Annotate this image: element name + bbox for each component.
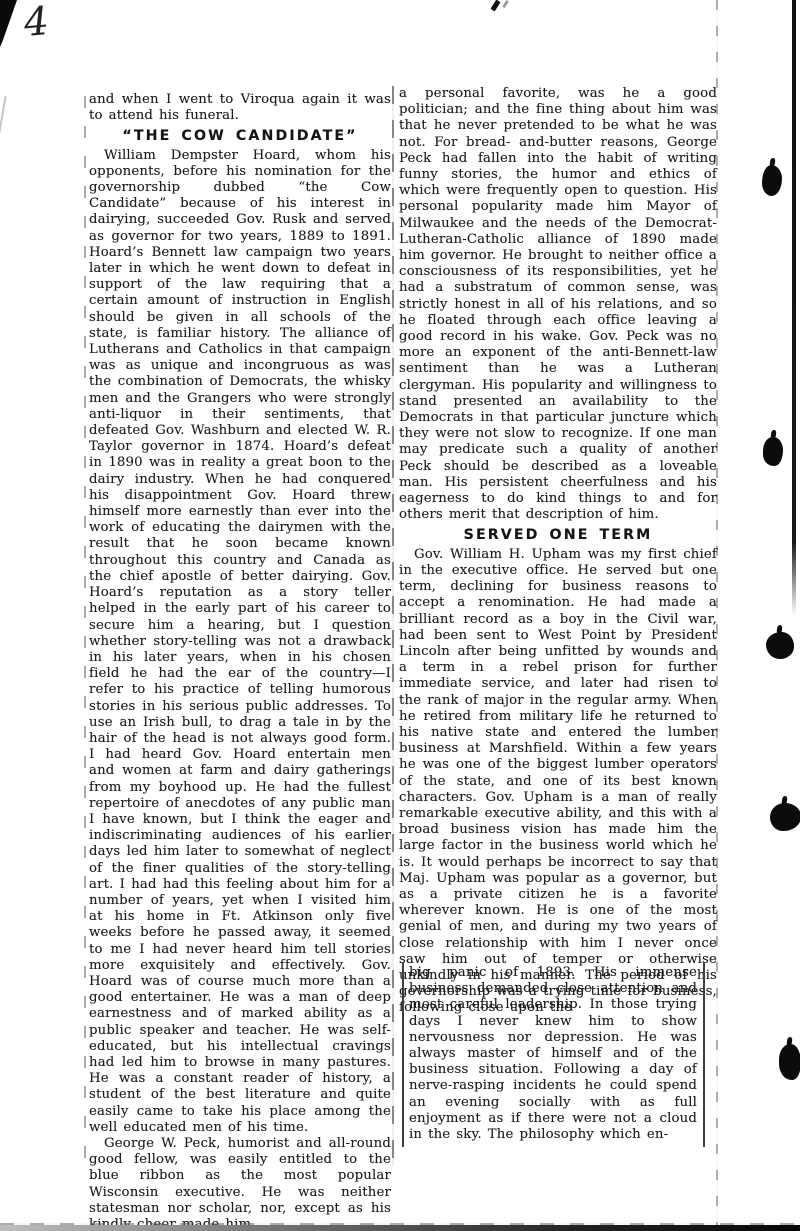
left-column: and when I went to Viroqua again it was … xyxy=(89,92,391,1231)
pen-mark xyxy=(502,0,509,8)
ink-blot xyxy=(763,437,783,466)
newspaper-clipping-page: 4 and when I went to Viroqua again it wa… xyxy=(0,0,800,1231)
scan-edge-line xyxy=(792,0,796,616)
ink-blot xyxy=(762,165,782,196)
paragraph-hoard: William Dempster Hoard, whom his opponen… xyxy=(89,148,391,1136)
column-rule-middle xyxy=(392,86,394,1166)
pen-mark xyxy=(490,0,500,11)
ink-blot xyxy=(770,803,800,831)
paragraph-peck: a personal favorite, was he a good polit… xyxy=(399,86,717,523)
paragraph-peck-intro: George W. Peck, humorist and all-round g… xyxy=(89,1136,391,1231)
scan-corner-artifact xyxy=(0,0,20,50)
right-column: a personal favorite, was he a good polit… xyxy=(399,86,717,1017)
ink-blot xyxy=(779,1044,800,1080)
column-rule-left xyxy=(84,96,86,1165)
scan-bottom-strip xyxy=(0,1225,800,1231)
handwritten-page-number: 4 xyxy=(22,0,51,46)
continuation-clipping-block: big panic of 1893. His immense business … xyxy=(402,963,705,1147)
paragraph-funeral: and when I went to Viroqua again it was … xyxy=(89,92,391,124)
headline-served-one-term: SERVED ONE TERM xyxy=(399,527,717,543)
paragraph-upham-continued: big panic of 1893. His immense business … xyxy=(409,965,697,1143)
ink-blot xyxy=(766,632,794,659)
scan-edge-mark xyxy=(0,96,7,138)
paragraph-upham: Gov. William H. Upham was my first chief… xyxy=(399,547,717,1017)
headline-cow-candidate: “THE COW CANDIDATE” xyxy=(89,128,391,144)
